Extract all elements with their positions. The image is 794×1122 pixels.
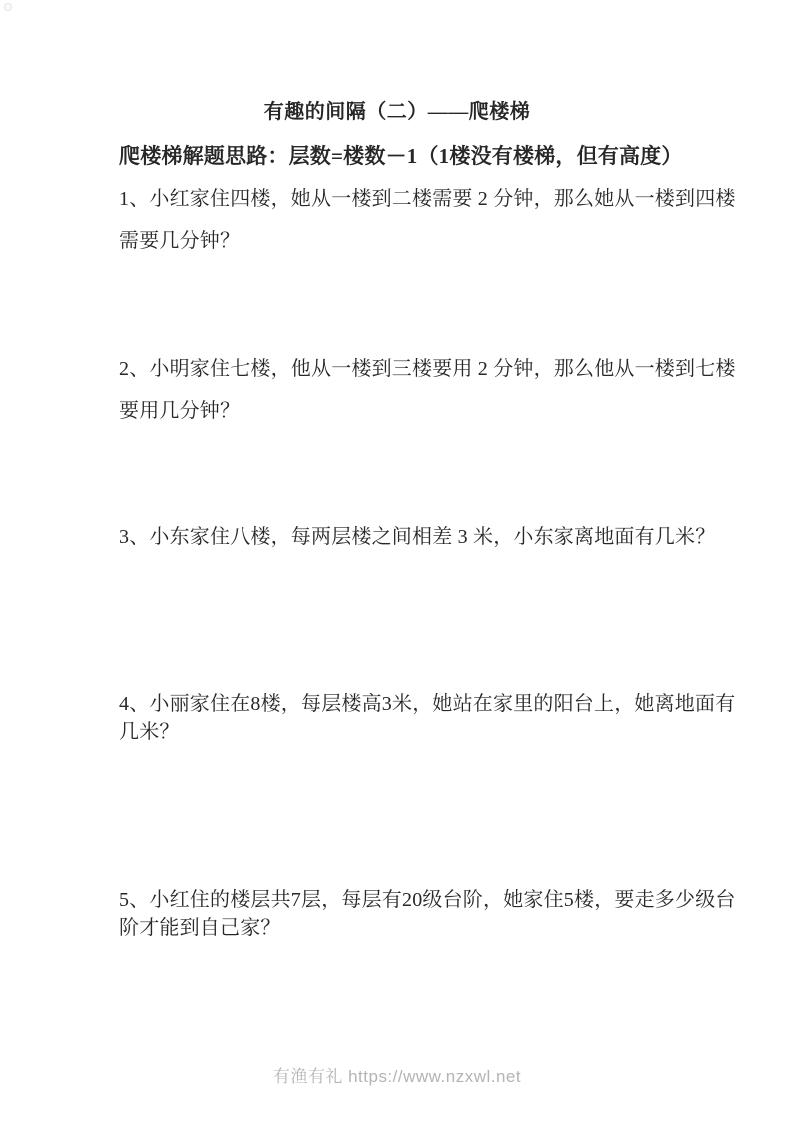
scan-artifact (4, 3, 12, 11)
question-4: 4、小丽家住在8楼，每层楼高3米，她站在家里的阳台上，她离地面有 几米？ (119, 691, 679, 745)
question-5-line-1: 5、小红住的楼层共7层，每层有20级台阶，她家住5楼，要走多少级台 (119, 887, 679, 913)
question-3: 3、小东家住八楼，每两层楼之间相差 3 米，小东家离地面有几米？ (119, 524, 679, 550)
question-2: 2、小明家住七楼，他从一楼到三楼要用 2 分钟，那么他从一楼到七楼 要用几分钟？ (119, 356, 679, 424)
page-title: 有趣的间隔（二）——爬楼梯 (0, 99, 794, 125)
question-1-line-1: 1、小红家住四楼，她从一楼到二楼需要 2 分钟，那么她从一楼到四楼 (119, 186, 679, 212)
question-5: 5、小红住的楼层共7层，每层有20级台阶，她家住5楼，要走多少级台 阶才能到自己… (119, 887, 679, 941)
question-2-line-2: 要用几分钟？ (119, 398, 679, 424)
question-5-line-2: 阶才能到自己家？ (119, 915, 679, 941)
question-2-line-1: 2、小明家住七楼，他从一楼到三楼要用 2 分钟，那么他从一楼到七楼 (119, 356, 679, 382)
question-1: 1、小红家住四楼，她从一楼到二楼需要 2 分钟，那么她从一楼到四楼 需要几分钟？ (119, 186, 679, 254)
question-4-line-1: 4、小丽家住在8楼，每层楼高3米，她站在家里的阳台上，她离地面有 (119, 691, 679, 717)
worksheet-page: 有趣的间隔（二）——爬楼梯 爬楼梯解题思路：层数=楼数－1（1楼没有楼梯，但有高… (0, 0, 794, 1122)
question-1-line-2: 需要几分钟？ (119, 228, 679, 254)
question-3-line-1: 3、小东家住八楼，每两层楼之间相差 3 米，小东家离地面有几米？ (119, 524, 679, 550)
question-4-line-2: 几米？ (119, 719, 679, 745)
method-note: 爬楼梯解题思路：层数=楼数－1（1楼没有楼梯，但有高度） (119, 143, 679, 170)
watermark-footer: 有渔有礼 https://www.nzxwl.net (0, 1062, 794, 1087)
